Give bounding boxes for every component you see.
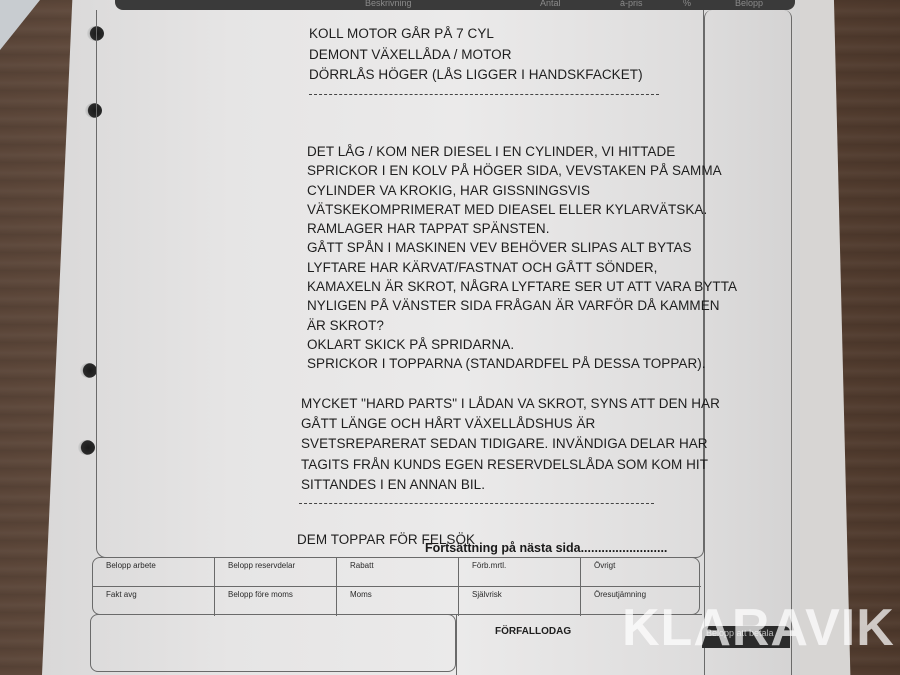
field-invoice-fee: Fakt avg (93, 587, 215, 616)
field-labor-amount: Belopp arbete (93, 558, 215, 587)
field-vat: Moms (337, 587, 459, 616)
field-parts-amount: Belopp reservdelar (215, 558, 337, 587)
finding-line: RAMLAGER HAR TAPPAT SPÄNSTEN. (307, 219, 737, 238)
punch-hole (78, 440, 95, 455)
field-other: Övrigt (581, 558, 701, 587)
finding-line: SPRICKOR I TOPPARNA (STANDARDFEL PÅ DESS… (307, 354, 737, 373)
engine-findings: DET LÅG / KOM NER DIESEL I EN CYLINDER, … (307, 142, 737, 374)
due-date-label: FÖRFALLODAG (495, 626, 571, 637)
finding-line: NYLIGEN PÅ VÄNSTER SIDA FRÅGAN ÄR VARFÖR… (307, 296, 737, 315)
field-deductible: Självrisk (459, 587, 581, 616)
finding-line: DET LÅG / KOM NER DIESEL I EN CYLINDER, … (307, 142, 737, 161)
work-line: DEMONT VÄXELLÅDA / MOTOR (309, 45, 643, 66)
header-quantity: Antal (540, 0, 561, 6)
work-line: DÖRRLÅS HÖGER (LÅS LIGGER I HANDSKFACKET… (309, 65, 643, 86)
dashed-separator (309, 94, 659, 95)
footer-notes-box (90, 614, 456, 672)
field-consumables: Förb.mrtl. (459, 558, 581, 587)
finding-line: TAGITS FRÅN KUNDS EGEN RESERVDELSLÅDA SO… (301, 455, 720, 475)
field-discount: Rabatt (337, 558, 459, 587)
finding-line: SVETSREPARERAT SEDAN TIDIGARE. INVÄNDIGA… (301, 434, 720, 454)
finding-line: CYLINDER VA KROKIG, HAR GISSNINGSVIS (307, 181, 737, 200)
field-amount-before-vat: Belopp före moms (215, 587, 337, 616)
work-summary: KOLL MOTOR GÅR PÅ 7 CYL DEMONT VÄXELLÅDA… (309, 24, 643, 86)
finding-line: OKLART SKICK PÅ SPRIDARNA. (307, 335, 737, 354)
totals-grid: Belopp arbete Belopp reservdelar Rabatt … (92, 557, 700, 615)
header-unit-price: à-pris (620, 0, 643, 6)
header-description: Beskrivning (365, 0, 412, 6)
dashed-separator (299, 503, 654, 504)
header-amount: Belopp (735, 0, 763, 6)
gearbox-findings: MYCKET "HARD PARTS" I LÅDAN VA SKROT, SY… (301, 394, 720, 495)
finding-line: LYFTARE HAR KÄRVAT/FASTNAT OCH GÅTT SÖND… (307, 258, 737, 277)
finding-line: KAMAXELN ÄR SKROT, NÅGRA LYFTARE SER UT … (307, 277, 737, 296)
finding-line: GÅTT LÄNGE OCH HÅRT VÄXELLÅDSHUS ÄR (301, 414, 720, 434)
continued-notice: Fortsättning på nästa sida..............… (425, 541, 667, 555)
finding-line: ÄR SKROT? (307, 316, 737, 335)
finding-line: GÅTT SPÅN I MASKINEN VEV BEHÖVER SLIPAS … (307, 238, 737, 257)
finding-line: MYCKET "HARD PARTS" I LÅDAN VA SKROT, SY… (301, 394, 720, 414)
punch-hole (80, 363, 97, 378)
work-line: KOLL MOTOR GÅR PÅ 7 CYL (309, 24, 643, 45)
finding-line: SITTANDES I EN ANNAN BIL. (301, 475, 720, 495)
finding-line: VÄTSKEKOMPRIMERAT MED DIEASEL ELLER KYLA… (307, 200, 737, 219)
column-header-bar: Beskrivning Antal à-pris % Belopp (115, 0, 795, 10)
header-percent: % (683, 0, 691, 6)
watermark-logo: KLARAVIK (622, 598, 895, 658)
finding-line: SPRICKOR I EN KOLV PÅ HÖGER SIDA, VEVSTA… (307, 161, 737, 180)
